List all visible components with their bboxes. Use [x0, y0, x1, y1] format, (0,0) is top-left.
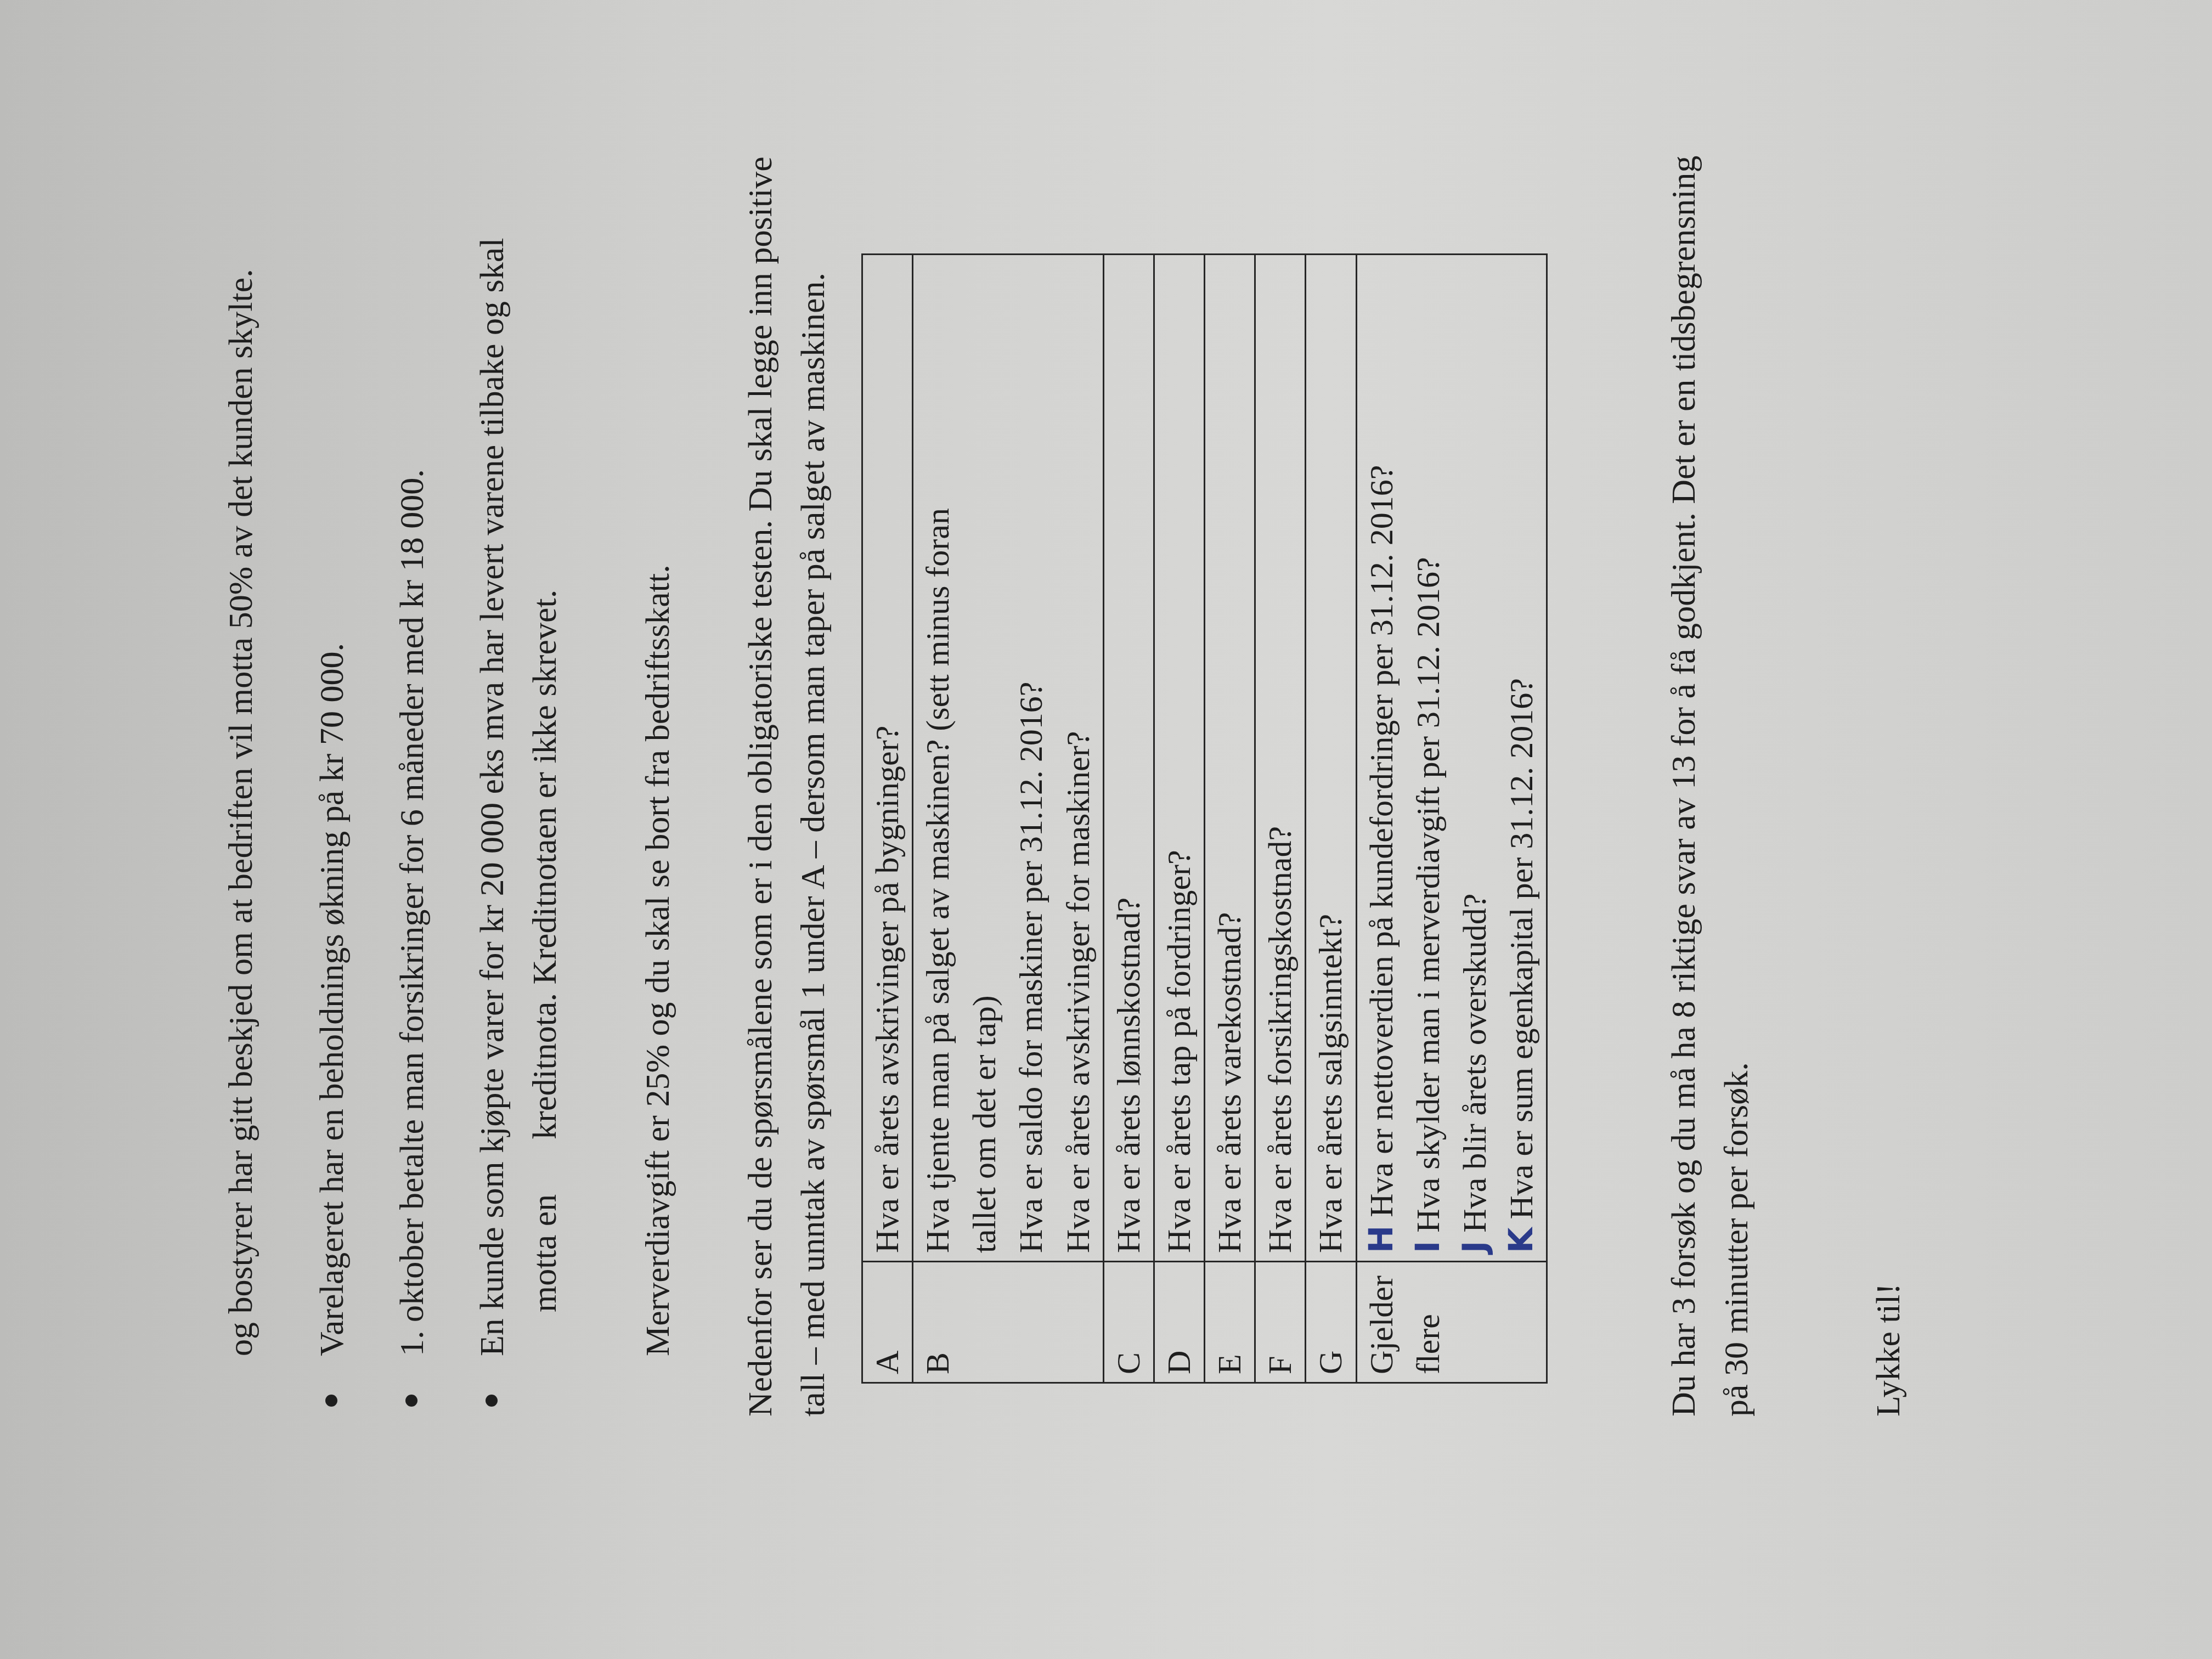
table-row: CHva er årets lønnskostnad? [1103, 255, 1154, 1383]
questions-table: AHva er årets avskrivinger på bygninger?… [861, 253, 1548, 1384]
table-row: FHva er årets forsikringskostnad? [1255, 255, 1306, 1383]
question-line: J Hva blir årets overskudd? [1452, 263, 1498, 1253]
question-line: Hva er saldo for maskiner per 31.12. 201… [1008, 263, 1054, 1253]
question-text: Hva er saldo for maskiner per 31.12. 201… [1013, 682, 1049, 1253]
table-row: BHva tjente man på salget av maskinen? (… [912, 255, 1103, 1383]
question-line: Hva tjente man på salget av maskinen? (s… [915, 263, 961, 1253]
question-line: Hva er årets salgsinntekt? [1307, 263, 1354, 1253]
row-letter: C [1103, 1262, 1154, 1383]
question-text: Hva blir årets overskudd? [1457, 894, 1493, 1233]
table-row: DHva er årets tap på fordringer? [1154, 255, 1204, 1383]
question-line: Hva er årets avskrivinger på bygninger? [864, 263, 911, 1253]
row-letter: A [862, 1262, 912, 1383]
question-line: Hva er årets lønnskostnad? [1105, 263, 1152, 1253]
question-text: tallet om det er tap) [966, 995, 1002, 1253]
question-text: Hva tjente man på salget av maskinen? (s… [919, 508, 956, 1253]
question-line: Hva er årets tap på fordringer? [1156, 263, 1203, 1253]
table-row: Gjelder flereH Hva er nettoverdien på ku… [1356, 255, 1547, 1383]
question-line: K Hva er sum egenkapital per 31.12. 2016… [1498, 263, 1545, 1253]
instructions: Nedenfor ser du de spørsmålene som er i … [734, 155, 839, 1417]
question-text: Hva er nettoverdien på kundefordringer p… [1363, 465, 1400, 1217]
bullet-continuation: motta enkreditnota. Kreditnotaen er ikke… [518, 155, 571, 1356]
row-questions: Hva er årets varekostnad? [1205, 255, 1255, 1262]
document-page: og bostyrer har gitt beskjed om at bedri… [17, 34, 2129, 1625]
question-text: Hva er årets avskrivinger for maskiner? [1060, 731, 1096, 1253]
question-text: Hva er årets tap på fordringer? [1161, 850, 1197, 1253]
vat-note: Merverdiavgift er 25% og du skal se bort… [631, 155, 684, 1356]
question-line: Hva er årets varekostnad? [1206, 263, 1253, 1253]
question-text: Hva er årets varekostnad? [1211, 912, 1248, 1253]
bullet-item: En kunde som kjøpte varer for kr 20 000 … [466, 155, 571, 1417]
handwritten-mark: I [1409, 1241, 1447, 1253]
row-questions: Hva er årets avskrivinger på bygninger? [862, 255, 912, 1262]
row-questions: Hva tjente man på salget av maskinen? (s… [912, 255, 1103, 1262]
row-questions: Hva er årets tap på fordringer? [1154, 255, 1204, 1262]
row-questions: H Hva er nettoverdien på kundefordringer… [1356, 255, 1547, 1262]
bullet-item: Varelageret har en beholdnings økning på… [306, 155, 358, 1417]
question-text: Hva er årets lønnskostnad? [1110, 898, 1147, 1253]
question-text: Hva er årets avskrivinger på bygninger? [869, 726, 905, 1253]
table-row: AHva er årets avskrivinger på bygninger? [862, 255, 912, 1383]
question-line: tallet om det er tap) [961, 263, 1008, 1253]
bullet-text: 1. oktober betalte man forsikringer for … [393, 469, 431, 1356]
closing-text: Lykke til! [1862, 155, 1915, 1417]
bullet-text: Varelageret har en beholdnings økning på… [313, 643, 351, 1356]
question-text: Hva er årets salgsinntekt? [1312, 914, 1348, 1253]
row-letter: G [1306, 1262, 1356, 1383]
table-row: GHva er årets salgsinntekt? [1306, 255, 1356, 1383]
row-questions: Hva er årets salgsinntekt? [1306, 255, 1356, 1262]
handwritten-mark: K [1502, 1228, 1541, 1254]
row-questions: Hva er årets lønnskostnad? [1103, 255, 1154, 1262]
row-letter: E [1205, 1262, 1255, 1383]
row-letter: D [1154, 1262, 1204, 1383]
intro-continuation: og bostyrer har gitt beskjed om at bedri… [215, 155, 267, 1356]
question-line: H Hva er nettoverdien på kundefordringer… [1358, 263, 1405, 1253]
row-letter: B [912, 1262, 1103, 1383]
bullet-continuation-a: motta en [526, 1194, 563, 1312]
question-line: I Hva skylder man i merverdiavgift per 3… [1405, 263, 1452, 1253]
row-letter: F [1255, 1262, 1306, 1383]
row-letter: Gjelder flere [1356, 1262, 1547, 1383]
bullet-item: 1. oktober betalte man forsikringer for … [386, 155, 438, 1417]
question-line: Hva er årets forsikringskostnad? [1257, 263, 1304, 1253]
bullet-text: En kunde som kjøpte varer for kr 20 000 … [473, 238, 511, 1356]
handwritten-mark: J [1455, 1241, 1494, 1253]
footer-text: Du har 3 forsøk og du må ha 8 riktige sv… [1657, 155, 1763, 1417]
question-text: Hva skylder man i merverdiavgift per 31.… [1410, 557, 1446, 1232]
document-content: og bostyrer har gitt beskjed om at bedri… [215, 155, 1915, 1417]
question-text: Hva er sum egenkapital per 31.12. 2016? [1503, 678, 1539, 1219]
table-row: EHva er årets varekostnad? [1205, 255, 1255, 1383]
bullet-continuation-b: kreditnota. Kreditnotaen er ikke skrevet… [526, 590, 563, 1139]
question-line: Hva er årets avskrivinger for maskiner? [1055, 263, 1102, 1253]
bullet-list: Varelageret har en beholdnings økning på… [306, 155, 571, 1417]
question-text: Hva er årets forsikringskostnad? [1262, 826, 1298, 1253]
handwritten-mark: H [1362, 1226, 1401, 1253]
row-questions: Hva er årets forsikringskostnad? [1255, 255, 1306, 1262]
